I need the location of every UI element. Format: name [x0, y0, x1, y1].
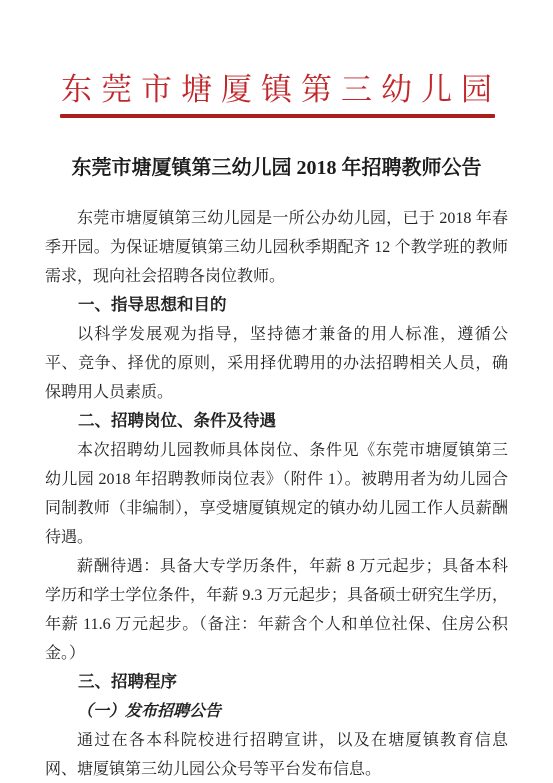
school-banner: 东莞市塘厦镇第三幼儿园 [34, 64, 519, 118]
paragraph-section-3: 通过在各本科院校进行招聘宣讲，以及在塘厦镇教育信息网、塘厦镇第三幼儿园公众号等平… [45, 726, 508, 783]
paragraph-section-2-salary: 薪酬待遇：具备大专学历条件，年薪 8 万元起步；具备本科学历和学士学位条件，年薪… [45, 552, 508, 668]
document-title: 东莞市塘厦镇第三幼儿园 2018 年招聘教师公告 [30, 151, 523, 180]
heading-section-3: 三、招聘程序 [45, 668, 508, 697]
document-body: 东莞市塘厦镇第三幼儿园是一所公办幼儿园，已于 2018 年春季开园。为保证塘厦镇… [45, 204, 508, 783]
heading-section-1: 一、指导思想和目的 [45, 291, 508, 320]
subheading-section-3-1: （一）发布招聘公告 [45, 697, 508, 726]
paragraph-section-1: 以科学发展观为指导，坚持德才兼备的用人标准，遵循公平、竞争、择优的原则，采用择优… [45, 320, 508, 407]
banner-underline [60, 114, 495, 118]
paragraph-section-2-positions: 本次招聘幼儿园教师具体岗位、条件见《东莞市塘厦镇第三幼儿园 2018 年招聘教师… [45, 436, 508, 552]
school-name-banner: 东莞市塘厦镇第三幼儿园 [52, 64, 501, 109]
heading-section-2: 二、招聘岗位、条件及待遇 [45, 407, 508, 436]
paragraph-intro: 东莞市塘厦镇第三幼儿园是一所公办幼儿园，已于 2018 年春季开园。为保证塘厦镇… [45, 204, 508, 291]
document-page: 东莞市塘厦镇第三幼儿园 东莞市塘厦镇第三幼儿园 2018 年招聘教师公告 东莞市… [0, 0, 553, 783]
